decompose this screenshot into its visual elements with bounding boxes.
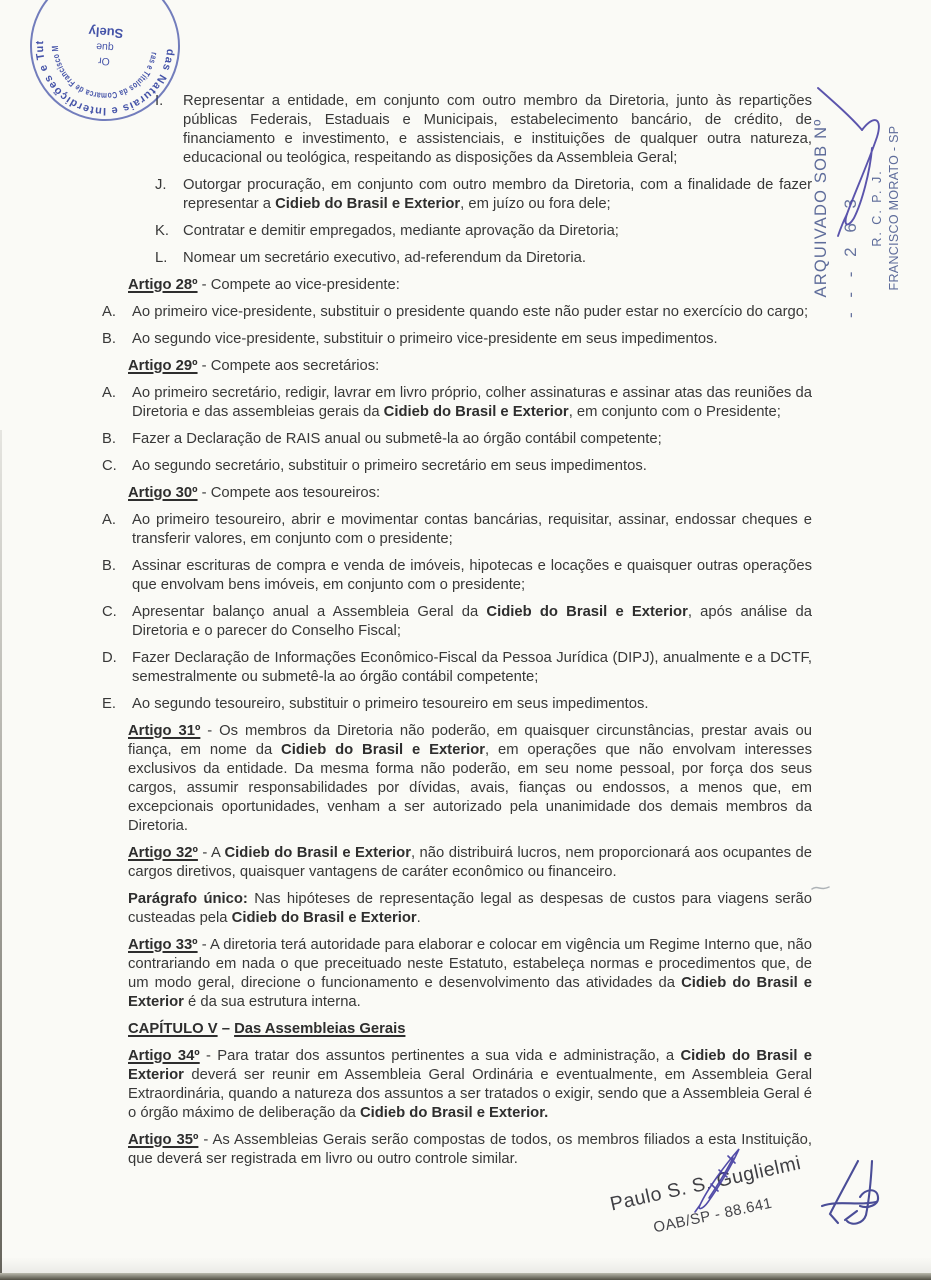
clause-text: Ao segundo tesoureiro, substituir o prim… — [132, 695, 812, 714]
clause-item: C. Apresentar balanço anual a Assembleia… — [100, 603, 812, 641]
clause-letter: J. — [155, 176, 183, 214]
paragraph-paragrafo-unico: Parágrafo único: Nas hipóteses de repres… — [128, 890, 812, 928]
paragraph-artigo-32: Artigo 32º - A Cidieb do Brasil e Exteri… — [128, 844, 812, 882]
clause-letter: E. — [100, 695, 132, 714]
clause-item: K. Contratar e demitir empregados, media… — [155, 222, 812, 241]
stamp-number: - - - 2 6 3 — [841, 80, 861, 336]
clause-letter: A. — [100, 303, 132, 322]
signature-rubric-icon — [822, 1161, 878, 1224]
document-body: I. Representar a entidade, em conjunto c… — [100, 92, 812, 1177]
registry-stamp: ARQUIVADO SOB Nº - - - 2 6 3 R. C. P. J.… — [806, 80, 930, 336]
clause-item: L. Nomear um secretário executivo, ad-re… — [155, 249, 812, 268]
clause-text: Ao primeiro tesoureiro, abrir e moviment… — [132, 511, 812, 549]
pencil-mark-icon — [812, 887, 829, 889]
clause-text: Ao segundo secretário, substituir o prim… — [132, 457, 812, 476]
stamp-center-line1: Or — [97, 55, 110, 68]
artigo-heading: Artigo 29º - Compete aos secretários: — [128, 357, 812, 376]
artigo-heading: Artigo 30º - Compete aos tesoureiros: — [128, 484, 812, 503]
clause-text: Ao primeiro vice-presidente, substituir … — [132, 303, 812, 322]
clause-text: Ao segundo vice-presidente, substituir o… — [132, 330, 812, 349]
clause-letter: K. — [155, 222, 183, 241]
paragraph-artigo-33: Artigo 33º - A diretoria terá autoridade… — [128, 936, 812, 1012]
clause-item: B. Ao segundo vice-presidente, substitui… — [100, 330, 812, 349]
clause-item: I. Representar a entidade, em conjunto c… — [155, 92, 812, 168]
stamp-rcpj-label: R. C. P. J. — [870, 80, 884, 336]
clause-letter: A. — [100, 511, 132, 549]
clause-text: Nomear um secretário executivo, ad-refer… — [183, 249, 812, 268]
clause-text: Ao primeiro secretário, redigir, lavrar … — [132, 384, 812, 422]
clause-item: B. Assinar escrituras de compra e venda … — [100, 557, 812, 595]
stamp-center-line3: Suely — [87, 24, 123, 41]
clause-letter: A. — [100, 384, 132, 422]
stamp-center-line2: que — [96, 40, 114, 53]
clause-letter: B. — [100, 557, 132, 595]
scan-bottom-edge — [0, 1273, 931, 1280]
paragraph-artigo-34: Artigo 34º - Para tratar dos assuntos pe… — [128, 1047, 812, 1123]
clause-item: A. Ao primeiro secretário, redigir, lavr… — [100, 384, 812, 422]
clause-text: Fazer Declaração de Informações Econômic… — [132, 649, 812, 687]
artigo-heading: Artigo 28º - Compete ao vice-presidente: — [128, 276, 812, 295]
clause-item: A. Ao primeiro tesoureiro, abrir e movim… — [100, 511, 812, 549]
paragraph-artigo-35: Artigo 35º - As Assembleias Gerais serão… — [128, 1131, 812, 1169]
clause-item: E. Ao segundo tesoureiro, substituir o p… — [100, 695, 812, 714]
clause-letter: C. — [100, 603, 132, 641]
clause-text: Fazer a Declaração de RAIS anual ou subm… — [132, 430, 812, 449]
scan-left-edge — [0, 430, 2, 1273]
clause-letter: D. — [100, 649, 132, 687]
clause-text: Assinar escrituras de compra e venda de … — [132, 557, 812, 595]
notary-round-stamp: das Naturais e Interdições e Tut ras e T… — [10, 0, 200, 136]
clause-item: D. Fazer Declaração de Informações Econô… — [100, 649, 812, 687]
scanned-document-page: I. Representar a entidade, em conjunto c… — [0, 0, 931, 1280]
clause-text: Outorgar procuração, em conjunto com out… — [183, 176, 812, 214]
clause-text: Apresentar balanço anual a Assembleia Ge… — [132, 603, 812, 641]
clause-item: J. Outorgar procuração, em conjunto com … — [155, 176, 812, 214]
clause-text: Representar a entidade, em conjunto com … — [183, 92, 812, 168]
clause-item: C. Ao segundo secretário, substituir o p… — [100, 457, 812, 476]
clause-letter: B. — [100, 430, 132, 449]
clause-letter: C. — [100, 457, 132, 476]
clause-text: Contratar e demitir empregados, mediante… — [183, 222, 812, 241]
paragraph-artigo-31: Artigo 31º - Os membros da Diretoria não… — [128, 722, 812, 836]
clause-letter: B. — [100, 330, 132, 349]
stamp-city-label: FRANCISCO MORATO - SP — [887, 80, 901, 336]
registry-stamp-text: ARQUIVADO SOB Nº - - - 2 6 3 R. C. P. J.… — [806, 80, 930, 336]
scan-shadow — [0, 1257, 931, 1273]
clause-item: A. Ao primeiro vice-presidente, substitu… — [100, 303, 812, 322]
clause-item: B. Fazer a Declaração de RAIS anual ou s… — [100, 430, 812, 449]
clause-letter: L. — [155, 249, 183, 268]
chapter-heading: CAPÍTULO V – Das Assembleias Gerais — [128, 1020, 812, 1039]
stamp-arquivado-label: ARQUIVADO SOB Nº — [812, 80, 831, 336]
